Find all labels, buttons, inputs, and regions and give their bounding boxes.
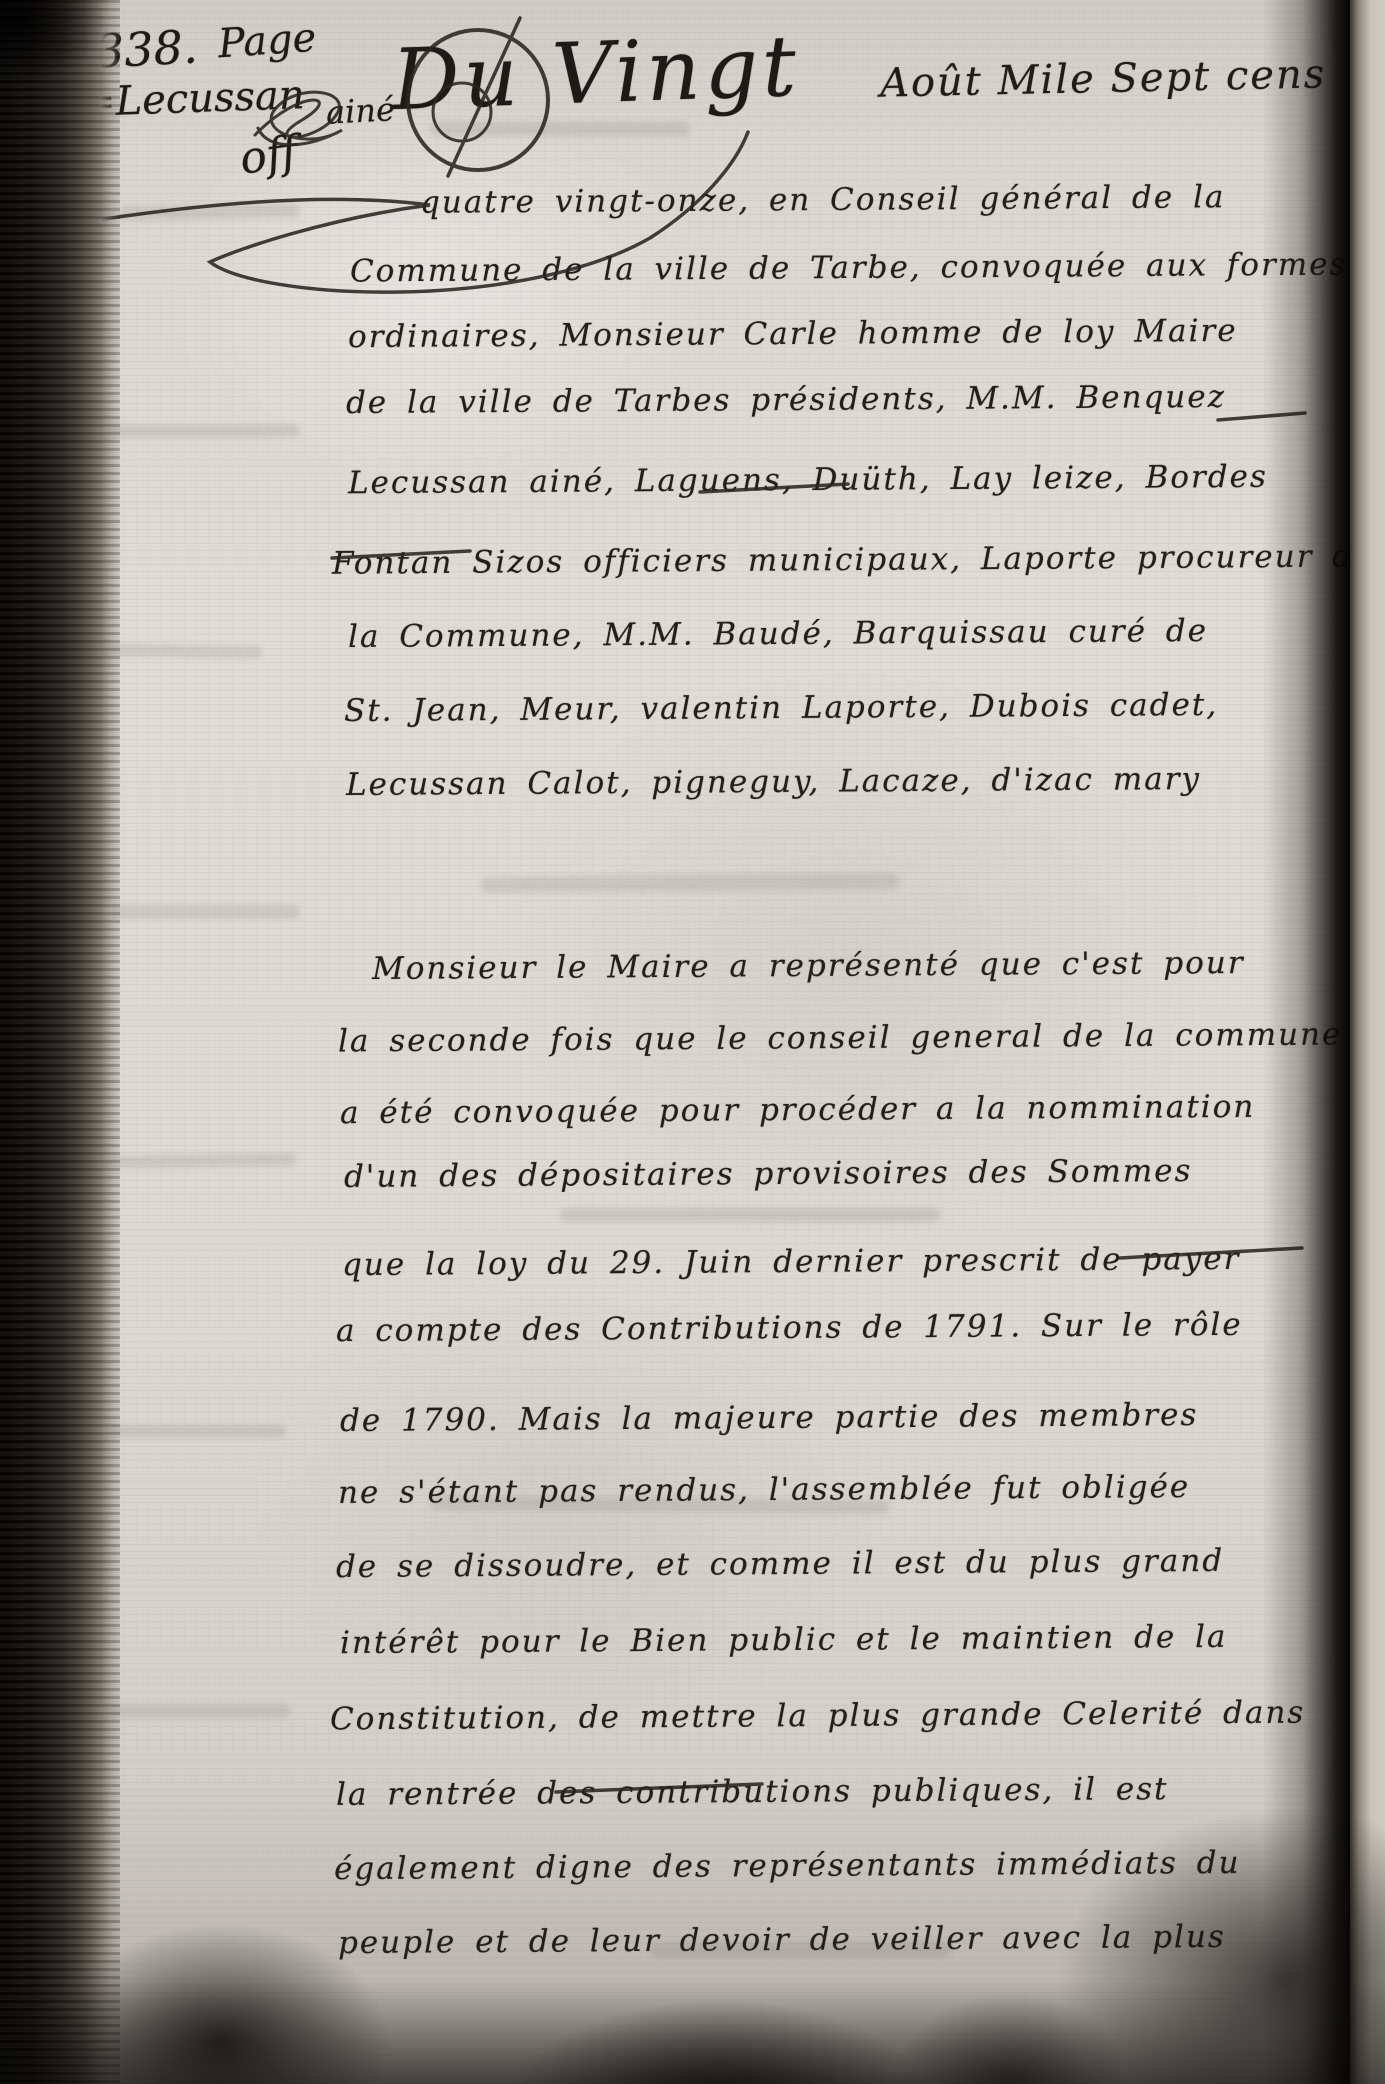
manuscript-line: St. Jean, Meur, valentin Laporte, Dubois… [344, 687, 1218, 729]
manuscript-line: Constitution, de mettre la plus grande C… [330, 1695, 1306, 1738]
ink-smudge [100, 425, 300, 437]
manuscript-line: Monsieur le Maire a représenté que c'est… [372, 945, 1245, 987]
next-page-fragment-icon [1360, 1650, 1372, 1716]
next-page-fragments [1354, 30, 1374, 1716]
ink-smudge [110, 905, 300, 919]
ink-smudge [100, 1705, 290, 1717]
manuscript-line: a été convoquée pour procéder a la nommi… [340, 1089, 1256, 1131]
margin-flourish-off: off [237, 126, 301, 185]
ink-smudge [106, 1425, 286, 1437]
manuscript-line: de se dissoudre, et comme il est du plus… [336, 1543, 1224, 1585]
manuscript-line: quatre vingt-onze, en Conseil général de… [420, 179, 1226, 221]
manuscript-line: Fontan Sizos officiers municipaux, Lapor… [332, 538, 1375, 581]
next-page-fragment-icon [1358, 270, 1371, 320]
manuscript-scan: 338. Page =Lecussan ainé off Du Vingt Ao… [0, 0, 1385, 2084]
margin-note-aine: ainé [325, 90, 396, 132]
margin-note-lecussan: =Lecussan [81, 72, 305, 126]
manuscript-line: la rentrée des contributions publiques, … [336, 1771, 1169, 1813]
page-number: 338. [94, 19, 199, 78]
next-page-fragment-icon [1356, 890, 1372, 976]
manuscript-line: ne s'étant pas rendus, l'assemblée fut o… [338, 1469, 1190, 1511]
manuscript-line: la seconde fois que le conseil general d… [338, 1016, 1343, 1059]
manuscript-line: que la loy du 29. Juin dernier prescrit … [342, 1241, 1241, 1283]
manuscript-line: de 1790. Mais la majeure partie des memb… [340, 1397, 1199, 1439]
manuscript-line: a compte des Contributions de 1791. Sur … [336, 1307, 1243, 1349]
manuscript-line: Lecussan Calot, pigneguy, Lacaze, d'izac… [346, 761, 1201, 803]
manuscript-line: ordinaires, Monsieur Carle homme de loy … [348, 313, 1238, 355]
page-number-label: Page [217, 15, 318, 68]
adjacent-page-sliver [1350, 0, 1385, 2084]
manuscript-line: Commune de la ville de Tarbe, convoquée … [350, 247, 1348, 290]
next-page-fragment-icon [1360, 30, 1374, 104]
heading-du-vingt: Du Vingt [390, 17, 801, 129]
manuscript-line: également digne des représentants immédi… [334, 1845, 1241, 1887]
ink-smudge [560, 1208, 940, 1222]
manuscript-line: intérêt pour le Bien public et le mainti… [340, 1619, 1228, 1661]
next-page-fragment-icon [1356, 1426, 1372, 1506]
manuscript-line: la Commune, M.M. Baudé, Barquissau curé … [348, 613, 1208, 655]
manuscript-line: de la ville de Tarbes présidents, M.M. B… [346, 379, 1226, 421]
manuscript-line: peuple et de leur devoir de veiller avec… [338, 1919, 1226, 1961]
next-page-fragment-icon [1354, 1182, 1373, 1266]
manuscript-line: Lecussan ainé, Laguens, Duüth, Lay leize… [348, 459, 1268, 501]
heading-date: Août Mile Sept cens [880, 51, 1327, 106]
manuscript-line: d'un des dépositaires provisoires des So… [344, 1153, 1193, 1195]
